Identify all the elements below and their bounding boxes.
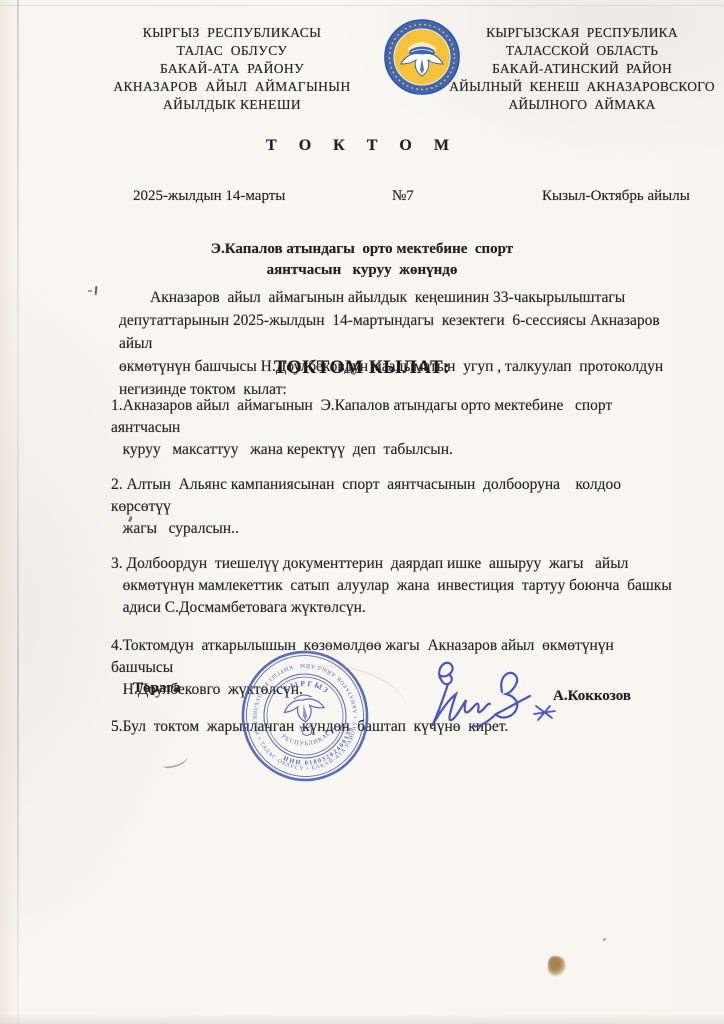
svg-text:РЕСПУБЛИКАСЫ: РЕСПУБЛИКАСЫ xyxy=(279,724,338,751)
brown-smudge xyxy=(548,956,566,976)
scanned-document-page: КЫРГЫЗ РЕСПУБЛИКАСЫ ТАЛАС ОБЛУСУ БАКАЙ-А… xyxy=(0,0,724,1024)
scan-edge-top xyxy=(0,5,724,6)
document-place: Кызыл-Октябрь айылы xyxy=(542,188,690,205)
letterhead-russian: КЫРГЫЗСКАЯ РЕСПУБЛИКА ТАЛАССКОЙ ОБЛАСТЬ … xyxy=(446,24,718,114)
resolution-item-2: 2. Алтын Альянс кампаниясынан спорт аянт… xyxy=(111,474,677,540)
document-number: №7 xyxy=(392,188,414,205)
letterhead-kyrgyz: КЫРГЫЗ РЕСПУБЛИКАСЫ ТАЛАС ОБЛУСУ БАКАЙ-А… xyxy=(96,24,368,114)
signatory-role: Төрага xyxy=(133,680,181,697)
signatory-name: А.Коккозов xyxy=(553,688,631,705)
document-subject: Э.Капалов атындагы орто мектебине спорт … xyxy=(0,239,724,281)
ink-speck xyxy=(95,286,98,295)
resolves-heading: ТОКТОМ КЫЛАТ: xyxy=(0,357,724,379)
ink-speck-small xyxy=(88,290,92,292)
pencil-scribble xyxy=(161,750,189,769)
scan-edge-bottom xyxy=(0,1014,724,1024)
document-title: Т О К Т О М xyxy=(0,137,724,155)
resolution-item-1: 1.Акназаров айыл аймагынын Э.Капалов аты… xyxy=(111,395,677,461)
stamp-center-bottom-text: РЕСПУБЛИКАСЫ xyxy=(279,724,338,751)
intro-paragraph: Акназаров айыл аймагынын айылдык кеңешин… xyxy=(119,286,671,401)
document-date: 2025-жылдын 14-марты xyxy=(133,188,285,205)
resolution-item-3: 3. Долбоордун тиешелүү документтерин дая… xyxy=(111,553,677,619)
red-dot-speck xyxy=(603,938,606,941)
